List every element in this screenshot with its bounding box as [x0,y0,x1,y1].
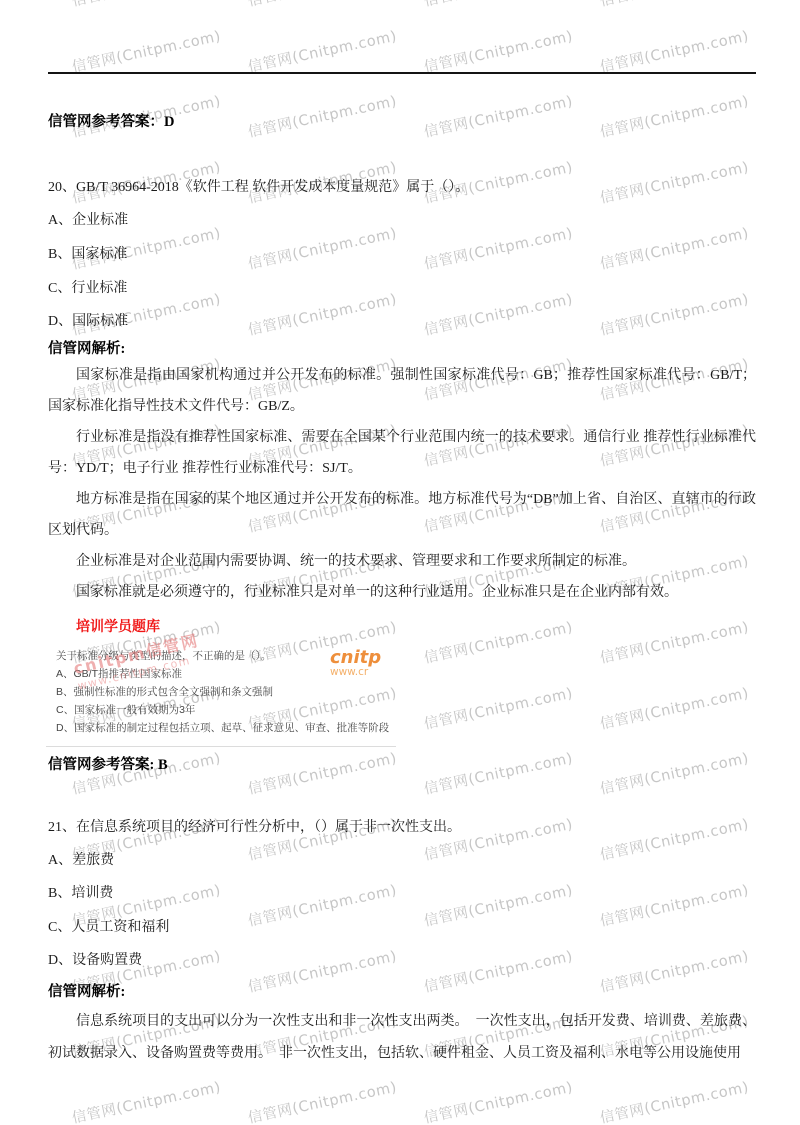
q21-option-d: D、设备购置费 [48,949,760,969]
embedded-quiz-option-d: D、国家标准的制定过程包括立项、起草、征求意见、审查、批准等阶段 [56,719,396,737]
embedded-brand-watermark: cnitp www.cr [330,650,381,678]
q20-answer-line: 信管网参考答案: B [48,753,760,774]
analysis-paragraph: 国家标准就是必须遵守的，行业标准只是对单一的这种行业适用。企业标准只是在企业内部… [48,577,756,608]
q21-question: 21、在信息系统项目的经济可行性分析中，（）属于非一次性支出。 [48,816,760,836]
q20-option-c: C、行业标准 [48,277,760,297]
q20-option-b: B、国家标准 [48,243,760,263]
q20-option-a: A、企业标准 [48,209,760,229]
q20-analysis-label: 信管网解析: [48,337,760,358]
embedded-quiz-image: cnitpm信管网 www.cnitpm.com cnitp www.cr 关于… [46,644,396,747]
q21-analysis: 信息系统项目的支出可以分为一次性支出和非一次性支出两类。 一次性支出，包括开发费… [48,1006,756,1070]
q21-analysis-label: 信管网解析: [48,980,760,1001]
q20-question: 20、GB/T 36964-2018《软件工程 软件开发成本度量规范》属于（）。 [48,176,760,196]
header-rule [48,72,756,74]
q20-option-d: D、国际标准 [48,310,760,330]
q20-analysis: 国家标准是指由国家机构通过并公开发布的标准。强制性国家标准代号：GB；推荐性国家… [48,360,756,608]
previous-answer-line: 信管网参考答案：D [48,110,760,131]
analysis-paragraph: 信息系统项目的支出可以分为一次性支出和非一次性支出两类。 一次性支出，包括开发费… [48,1006,756,1070]
document-content: 信管网参考答案：D 20、GB/T 36964-2018《软件工程 软件开发成本… [0,0,800,1125]
q21-option-a: A、差旅费 [48,849,760,869]
analysis-paragraph: 地方标准是指在国家的某个地区通过并公开发布的标准。地方标准代号为“DB”加上省、… [48,484,756,546]
embedded-quiz-option-c: C、国家标准一般有效期为3年 [56,701,396,719]
analysis-paragraph: 企业标准是对企业范围内需要协调、统一的技术要求、管理要求和工作要求所制定的标准。 [48,546,756,577]
q21-option-b: B、培训费 [48,882,760,902]
analysis-paragraph: 国家标准是指由国家机构通过并公开发布的标准。强制性国家标准代号：GB；推荐性国家… [48,360,756,422]
q21-option-c: C、人员工资和福利 [48,916,760,936]
document-page: 信管网(Cnitpm.com)信管网(Cnitpm.com)信管网(Cnitpm… [0,0,800,1125]
analysis-paragraph: 行业标准是指没有推荐性国家标准、需要在全国某个行业范围内统一的技术要求。通信行业… [48,422,756,484]
embedded-brand-logo: cnitp [330,650,381,666]
